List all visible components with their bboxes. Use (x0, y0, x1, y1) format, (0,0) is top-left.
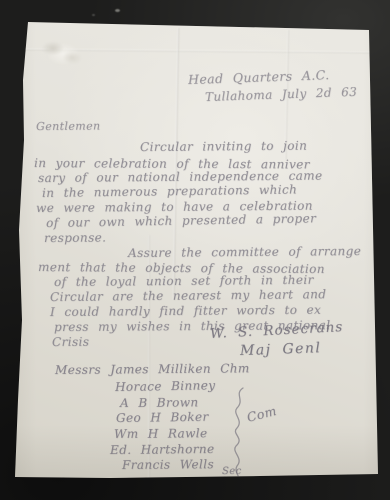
body-line: Assure the committee of arrange (128, 244, 361, 260)
body-line: Circular inviting to join (140, 139, 307, 154)
addressee-line: Messrs James Milliken Chm (55, 361, 250, 377)
signature-rank: Maj Genl (240, 340, 322, 359)
addressee-line: Ed. Hartshorne (110, 442, 215, 457)
body-line: response. (44, 230, 106, 245)
secretary-label: Sec (222, 466, 242, 477)
date-line: Tullahoma July 2d 63 (205, 85, 358, 104)
letter-photograph: Head Quarters A.C. Tullahoma July 2d 63 … (0, 0, 390, 500)
committee-label: Com (245, 403, 278, 425)
body-line: Circular are the nearest my heart and (50, 287, 326, 304)
salutation: Gentlemen (36, 119, 101, 133)
addressee-line: Francis Wells (122, 457, 214, 472)
addressee-line: Horace Binney (115, 378, 216, 394)
dust-speck (92, 14, 95, 16)
addressee-line: Wm H Rawle (114, 426, 208, 441)
body-line: in the numerous preparations which (42, 182, 297, 200)
addressee-line: A B Brown (120, 395, 199, 410)
embossed-seal (38, 35, 88, 73)
paper-sheet: Head Quarters A.C. Tullahoma July 2d 63 … (10, 20, 382, 480)
body-line: Crisis (52, 335, 89, 349)
addressee-line: Geo H Boker (116, 410, 209, 425)
body-line: I could hardly find fitter words to ex (50, 303, 321, 319)
body-line: of the loyal union set forth in their (54, 273, 314, 289)
heading-line: Head Quarters A.C. (188, 67, 330, 87)
dust-speck (115, 9, 120, 12)
